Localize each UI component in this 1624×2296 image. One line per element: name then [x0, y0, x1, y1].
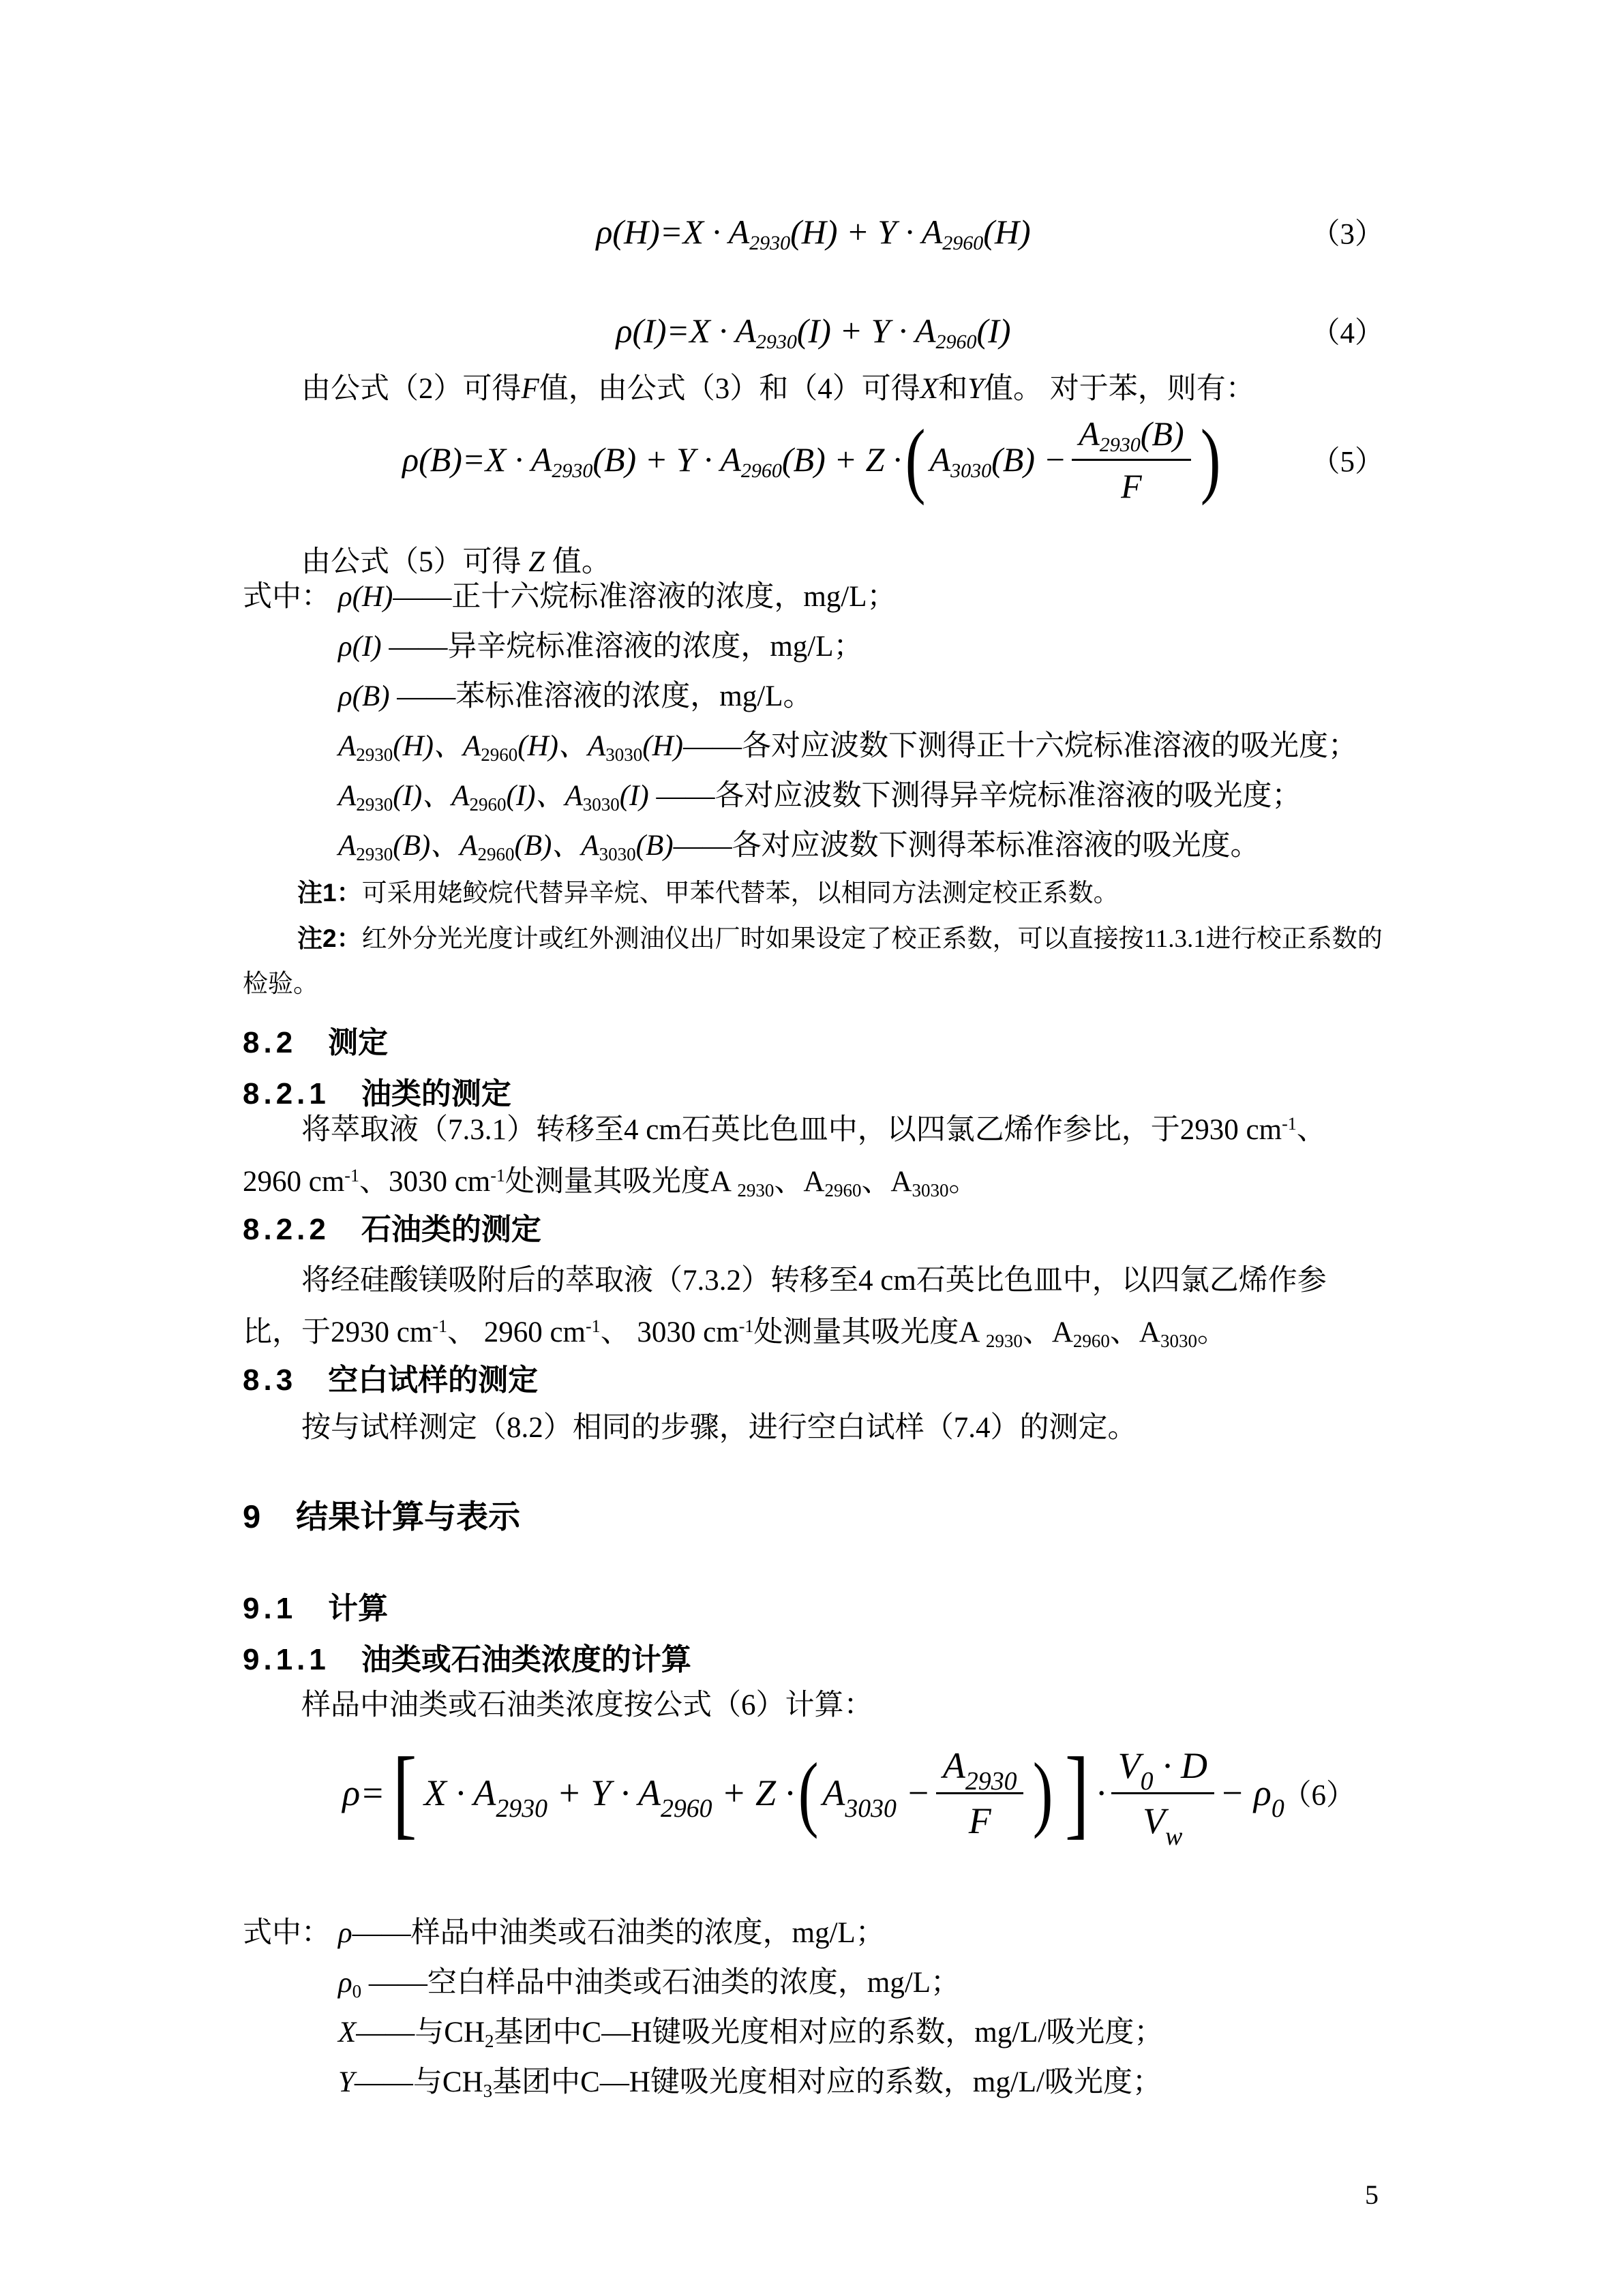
- variable-X: X: [920, 373, 938, 405]
- formula-4-tail: (I): [977, 312, 1011, 350]
- text: 值，由公式（3）和（4）可得: [539, 373, 920, 405]
- text: 值。 对于苯，则有：: [984, 373, 1255, 405]
- dash: ——: [390, 680, 456, 712]
- symbol: A: [338, 780, 356, 812]
- formula-5-number: （5）: [1311, 439, 1385, 481]
- formula-3-lead: ρ(H)=X · A: [596, 213, 749, 251]
- symbol: (B)、: [393, 830, 460, 862]
- section-title: 结果计算与表示: [296, 1498, 520, 1535]
- fraction-denominator: F: [1072, 459, 1190, 506]
- section-title: 石油类的测定: [361, 1213, 541, 1246]
- minus-sign: −: [897, 1772, 931, 1813]
- formula-4-expression: ρ(I)=X · A2930(I) + Y · A2960(I): [616, 311, 1011, 350]
- symbol: ρ: [338, 1967, 352, 1999]
- formula-3: ρ(H)=X · A2930(H) + Y · A2960(H) （3）: [243, 205, 1384, 259]
- subscript: 3030: [599, 844, 636, 864]
- symbol: (I): [620, 780, 649, 812]
- superscript: -1: [1282, 1114, 1297, 1134]
- paragraph-8-2-1: 将萃取液（7.3.1）转移至4 cm石英比色皿中，以四氯乙烯作参比，于2930 …: [243, 1104, 1384, 1208]
- section-number: 9.1.1: [243, 1643, 330, 1676]
- symbol: ρ(B): [338, 680, 390, 712]
- formula-3-mid: (H) + Y · A: [790, 213, 942, 251]
- subscript: 2: [485, 2031, 494, 2051]
- text: · D: [1153, 1745, 1207, 1786]
- subscript: 2960: [477, 844, 514, 864]
- section-title: 油类或石油类浓度的计算: [361, 1643, 691, 1676]
- section-heading-9-1: 9.1计算: [243, 1587, 1384, 1631]
- text: 、A: [774, 1166, 824, 1198]
- symbol: (B): [636, 830, 674, 862]
- definition-line: A2930(I)、A2960(I)、A3030(I) ——各对应波数下测得异辛烷…: [243, 771, 1384, 821]
- formula-5-inner: A3030(B) −: [930, 440, 1067, 479]
- section-title: 空白试样的测定: [328, 1363, 538, 1397]
- subscript: 3030: [1160, 1331, 1197, 1351]
- dash: ——: [361, 1967, 427, 1999]
- definition-label: 式中：: [243, 1908, 338, 1958]
- formula-4-lead: ρ(I)=X · A: [616, 312, 756, 350]
- definition-line: 式中：ρ——样品中油类或石油类的浓度，mg/L；: [243, 1908, 1384, 1958]
- subscript: 2930: [965, 1767, 1017, 1796]
- dash: ——: [355, 2066, 413, 2098]
- subscript: 2930: [552, 459, 592, 482]
- text: (B) −: [991, 440, 1066, 479]
- definition-line: ρ(B) ——苯标准溶液的浓度，mg/L。: [243, 671, 1384, 721]
- definition-line: 式中：ρ(H)——正十六烷标准溶液的浓度，mg/L；: [243, 572, 1384, 622]
- subscript: 2930: [356, 844, 393, 864]
- definition-text: 异辛烷标准溶液的浓度，mg/L；: [447, 631, 862, 663]
- subscript: 3030: [583, 794, 620, 815]
- note-1: 注1：可采用姥鲛烷代替异辛烷、甲苯代替苯，以相同方法测定校正系数。: [243, 871, 1384, 916]
- formula-5: ρ(B)=X · A2930(B) + Y · A2960(B) + Z · (…: [243, 408, 1384, 511]
- fraction-numerator: A2930: [936, 1744, 1024, 1792]
- subscript: 2960: [481, 744, 517, 765]
- symbol: A: [565, 780, 583, 812]
- text: V: [1143, 1800, 1165, 1841]
- section-number: 9.1: [243, 1592, 297, 1625]
- page-number: 5: [243, 2179, 1384, 2211]
- variable-F: F: [522, 373, 539, 405]
- text: + Y · A: [547, 1772, 661, 1813]
- definition-line: A2930(H)、A2960(H)、A3030(H)——各对应波数下测得正十六烷…: [243, 721, 1384, 771]
- section-title: 计算: [328, 1592, 388, 1625]
- section-number: 8.3: [243, 1363, 297, 1397]
- dash: ——: [382, 631, 448, 663]
- variable-Y: Y: [967, 373, 984, 405]
- text: V: [1118, 1745, 1141, 1786]
- subscript: 2960: [470, 794, 507, 815]
- superscript: -1: [586, 1316, 601, 1336]
- subscript: 2960: [824, 1180, 861, 1200]
- symbol: ρ(I): [338, 631, 382, 663]
- paragraph-8-2-2: 将经硅酸镁吸附后的萃取液（7.3.2）转移至4 cm石英比色皿中，以四氯乙烯作参…: [243, 1255, 1384, 1359]
- dash: ——: [649, 780, 715, 812]
- section-heading-8-2: 8.2测定: [243, 1021, 1384, 1065]
- definition-text: 与CH: [413, 2066, 483, 2098]
- subscript: 3: [483, 2081, 493, 2101]
- definition-line: ρ(I) ——异辛烷标准溶液的浓度，mg/L；: [243, 622, 1384, 671]
- formula-6-number: （6）: [1282, 1772, 1356, 1814]
- symbol: (H)、: [393, 730, 463, 762]
- text: ρ=: [342, 1772, 385, 1813]
- section-number: 8.2.2: [243, 1213, 330, 1246]
- text: (B) + Y · A: [592, 440, 741, 479]
- note-2-text: 红外分光光度计或红外测油仪出厂时如果设定了校正系数，可以直接按11.3.1进行校…: [243, 925, 1383, 998]
- dash: ——: [674, 830, 732, 862]
- definition-text: 各对应波数下测得正十六烷标准溶液的吸光度；: [742, 730, 1357, 762]
- formula-4-number: （4）: [1311, 310, 1385, 352]
- symbol: A: [581, 830, 599, 862]
- definition-text: 基团中C—H键吸光度相对应的系数，mg/L/吸光度；: [494, 2016, 1164, 2049]
- subscript: 3030: [950, 459, 991, 482]
- text: 。: [949, 1166, 978, 1198]
- formula-6-terms: X · A2930 + Y · A2960 + Z ·: [424, 1772, 794, 1814]
- fraction-denominator: Vw: [1111, 1792, 1214, 1842]
- dash: ——: [393, 581, 451, 613]
- document-page: ρ(H)=X · A2930(H) + Y · A2960(H) （3） ρ(I…: [0, 0, 1624, 2296]
- superscript: -1: [432, 1316, 447, 1336]
- subscript: 3030: [845, 1794, 897, 1823]
- subscript: 2960: [741, 459, 782, 482]
- text: 、 2960 cm: [447, 1316, 586, 1348]
- symbol: (I)、: [393, 780, 451, 812]
- text: 、3030 cm: [359, 1166, 490, 1198]
- text: 。: [1197, 1316, 1227, 1348]
- text: − ρ: [1220, 1772, 1272, 1813]
- subscript: 2960: [936, 331, 977, 353]
- paragraph-8-3: 按与试样测定（8.2）相同的步骤，进行空白试样（7.4）的测定。: [243, 1402, 1384, 1454]
- formula-4-mid: (I) + Y · A: [797, 312, 936, 350]
- text: A: [943, 1745, 965, 1786]
- note-2: 注2：红外分光光度计或红外测油仪出厂时如果设定了校正系数，可以直接按11.3.1…: [243, 916, 1384, 1007]
- text: 、A: [1023, 1316, 1073, 1348]
- subscript: 2930: [737, 1180, 774, 1200]
- note-2-label: 注2：: [297, 924, 362, 952]
- formula-3-tail: (H): [983, 213, 1030, 251]
- symbol: A: [588, 730, 605, 762]
- superscript: -1: [490, 1166, 505, 1185]
- symbol: Y: [338, 2066, 355, 2098]
- section-heading-9-1-1: 9.1.1油类或石油类浓度的计算: [243, 1638, 1384, 1682]
- definition-list-formulas-3-5: 式中：ρ(H)——正十六烷标准溶液的浓度，mg/L； ρ(I) ——异辛烷标准溶…: [243, 572, 1384, 871]
- text: 由公式（2）可得: [301, 373, 522, 405]
- formula-6-inner: A3030 −: [822, 1772, 931, 1814]
- formula-4: ρ(I)=X · A2930(I) + Y · A2960(I) （4）: [243, 303, 1384, 358]
- subscript: 3030: [605, 744, 642, 765]
- subscript: 2930: [496, 1794, 547, 1823]
- fraction: A2930(B) F: [1072, 414, 1190, 506]
- subscript: 2930: [356, 794, 393, 815]
- section-heading-8-2-2: 8.2.2石油类的测定: [243, 1208, 1384, 1252]
- subscript: 3030: [912, 1180, 949, 1200]
- symbol: A: [338, 830, 356, 862]
- symbol: A: [338, 730, 356, 762]
- text: + Z ·: [712, 1772, 794, 1813]
- notes-block: 注1：可采用姥鲛烷代替异辛烷、甲苯代替苯，以相同方法测定校正系数。 注2：红外分…: [243, 871, 1384, 1007]
- superscript: -1: [344, 1166, 359, 1185]
- fraction-numerator: V0 · D: [1111, 1744, 1214, 1792]
- text: 和: [938, 373, 967, 405]
- definition-line: Y——与CH3基团中C—H键吸光度相对应的系数，mg/L/吸光度；: [243, 2057, 1384, 2107]
- formula-5-lead: ρ(B)=X · A2930(B) + Y · A2960(B) + Z ·: [402, 440, 901, 479]
- symbol: X: [338, 2016, 356, 2049]
- symbol: (H)、: [517, 730, 588, 762]
- text: (B) + Z ·: [782, 440, 901, 479]
- definition-text: 苯标准溶液的浓度，mg/L。: [455, 680, 812, 712]
- subscript: 2960: [661, 1794, 712, 1823]
- definition-text: 基团中C—H键吸光度相对应的系数，mg/L/吸光度；: [492, 2066, 1162, 2098]
- text: 、A: [1110, 1316, 1160, 1348]
- symbol: ρ: [338, 1917, 352, 1949]
- definition-text: 各对应波数下测得苯标准溶液的吸光度。: [732, 830, 1260, 862]
- text: 、A: [861, 1166, 912, 1198]
- subscript: 2960: [1073, 1331, 1110, 1351]
- definition-label: 式中：: [243, 572, 338, 622]
- symbol: A: [451, 780, 469, 812]
- definition-text: 正十六烷标准溶液的浓度，mg/L；: [451, 581, 896, 613]
- subscript: 2930: [749, 232, 790, 254]
- subscript: 2930: [756, 331, 797, 353]
- section-heading-9: 9结果计算与表示: [243, 1493, 1384, 1541]
- formula-6-lhs: ρ=: [342, 1772, 385, 1814]
- text: X · A: [424, 1772, 496, 1813]
- section-number: 8.2: [243, 1026, 297, 1059]
- definition-text: 样品中油类或石油类的浓度，mg/L；: [411, 1917, 885, 1949]
- fraction-denominator: F: [936, 1792, 1024, 1842]
- text: ρ(B)=X · A: [402, 440, 552, 479]
- note-1-text: 可采用姥鲛烷代替异辛烷、甲苯代替苯，以相同方法测定校正系数。: [362, 879, 1119, 907]
- dash: ——: [352, 1917, 411, 1949]
- subscript: 2960: [942, 232, 983, 254]
- text: 将萃取液（7.3.1）转移至4 cm石英比色皿中，以四氯乙烯作参比，于2930 …: [301, 1114, 1282, 1146]
- definition-line: ρ0 ——空白样品中油类或石油类的浓度，mg/L；: [243, 1958, 1384, 2008]
- text: A: [1079, 414, 1100, 453]
- text: A: [930, 440, 951, 479]
- definition-text: 各对应波数下测得异辛烷标准溶液的吸光度；: [715, 780, 1302, 812]
- multiplication-dot: ·: [1096, 1772, 1106, 1814]
- subscript: 2930: [986, 1331, 1023, 1351]
- definition-text: 空白样品中油类或石油类的浓度，mg/L；: [427, 1967, 960, 1999]
- symbol: A: [463, 730, 481, 762]
- subscript: 0: [1141, 1767, 1154, 1796]
- subscript: 2930: [356, 744, 393, 765]
- text: A: [822, 1772, 845, 1813]
- superscript: -1: [739, 1316, 754, 1336]
- symbol: (H): [642, 730, 683, 762]
- definition-line: X——与CH2基团中C—H键吸光度相对应的系数，mg/L/吸光度；: [243, 2008, 1384, 2057]
- formula-3-number: （3）: [1311, 211, 1385, 253]
- paragraph-fxy: 由公式（2）可得F值，由公式（3）和（4）可得X和Y值。 对于苯，则有：: [243, 363, 1384, 415]
- formula-6-tail: − ρ0: [1220, 1772, 1284, 1814]
- formula-6: ρ= [ X · A2930 + Y · A2960 + Z · ( A3030…: [243, 1721, 1384, 1864]
- fraction: V0 · D Vw: [1111, 1744, 1214, 1842]
- dash: ——: [356, 2016, 415, 2049]
- definition-line: A2930(B)、A2960(B)、A3030(B)——各对应波数下测得苯标准溶…: [243, 821, 1384, 871]
- text: 、 3030 cm: [601, 1316, 739, 1348]
- symbol: A: [460, 830, 477, 862]
- subscript: 0: [352, 1981, 362, 2002]
- section-heading-8-3: 8.3空白试样的测定: [243, 1359, 1384, 1402]
- text: 处测量其吸光度A: [505, 1166, 737, 1198]
- dash: ——: [683, 730, 742, 762]
- symbol: (B)、: [514, 830, 581, 862]
- subscript: w: [1165, 1822, 1182, 1851]
- symbol: (I)、: [507, 780, 565, 812]
- fraction-numerator: A2930(B): [1072, 414, 1190, 459]
- note-1-label: 注1：: [297, 879, 362, 907]
- text: 按与试样测定（8.2）相同的步骤，进行空白试样（7.4）的测定。: [301, 1412, 1137, 1444]
- text: (B): [1141, 414, 1184, 453]
- definition-list-formula-6: 式中：ρ——样品中油类或石油类的浓度，mg/L； ρ0 ——空白样品中油类或石油…: [243, 1908, 1384, 2107]
- formula-3-expression: ρ(H)=X · A2930(H) + Y · A2960(H): [596, 212, 1030, 252]
- text: 处测量其吸光度A: [753, 1316, 985, 1348]
- symbol: ρ(H): [338, 581, 393, 613]
- section-number: 9: [243, 1498, 265, 1535]
- definition-text: 与CH: [415, 2016, 485, 2049]
- text: 样品中油类或石油类浓度按公式（6）计算：: [301, 1689, 873, 1721]
- fraction: A2930 F: [936, 1744, 1024, 1842]
- subscript: 2930: [1100, 434, 1141, 456]
- section-title: 测定: [328, 1026, 388, 1059]
